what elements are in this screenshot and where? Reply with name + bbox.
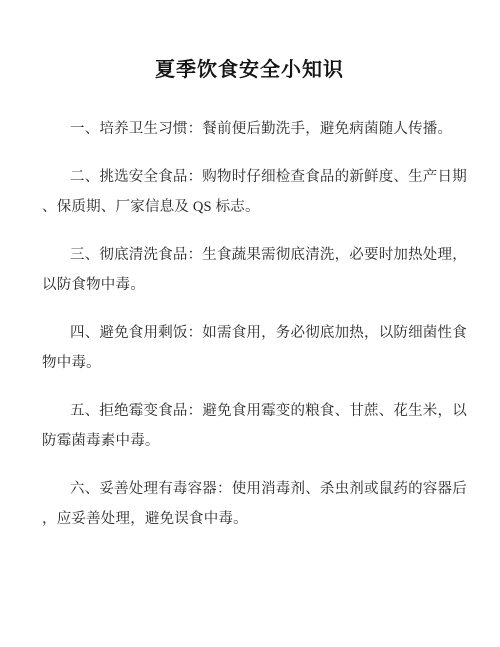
paragraph: 三、彻底清洗食品：生食蔬果需彻底清洗，必要时加热处理，以防食物中毒。	[42, 240, 457, 300]
paragraph-line: 一、培养卫生习惯：餐前便后勤洗手，避免病菌随人传播。	[42, 114, 457, 144]
paragraph: 一、培养卫生习惯：餐前便后勤洗手，避免病菌随人传播。	[42, 114, 457, 144]
paragraph-line: 五、拒绝霉变食品：避免食用霉变的粮食、甘蔗、花生米，以	[42, 396, 457, 426]
paragraph-line: 以防食物中毒。	[42, 270, 457, 300]
paragraph-line: 四、避免食用剩饭：如需食用，务必彻底加热，以防细菌性食	[42, 318, 457, 348]
paragraph-line: ，应妥善处理，避免误食中毒。	[42, 504, 457, 534]
paragraph-line: 三、彻底清洗食品：生食蔬果需彻底清洗，必要时加热处理，	[42, 240, 457, 270]
document-body: 一、培养卫生习惯：餐前便后勤洗手，避免病菌随人传播。二、挑选安全食品：购物时仔细…	[42, 114, 457, 534]
paragraph: 四、避免食用剩饭：如需食用，务必彻底加热，以防细菌性食物中毒。	[42, 318, 457, 378]
paragraph-line: 六、妥善处理有毒容器：使用消毒剂、杀虫剂或鼠药的容器后	[42, 474, 457, 504]
paragraph-line: 物中毒。	[42, 348, 457, 378]
paragraph-line: 、保质期、厂家信息及 QS 标志。	[42, 192, 457, 222]
paragraph: 六、妥善处理有毒容器：使用消毒剂、杀虫剂或鼠药的容器后，应妥善处理，避免误食中毒…	[42, 474, 457, 534]
document-page: 夏季饮食安全小知识 一、培养卫生习惯：餐前便后勤洗手，避免病菌随人传播。二、挑选…	[0, 0, 500, 647]
paragraph: 五、拒绝霉变食品：避免食用霉变的粮食、甘蔗、花生米，以防霉菌毒素中毒。	[42, 396, 457, 456]
paragraph-line: 二、挑选安全食品：购物时仔细检查食品的新鲜度、生产日期	[42, 162, 457, 192]
paragraph: 二、挑选安全食品：购物时仔细检查食品的新鲜度、生产日期、保质期、厂家信息及 QS…	[42, 162, 457, 222]
document-title: 夏季饮食安全小知识	[42, 56, 457, 82]
paragraph-line: 防霉菌毒素中毒。	[42, 426, 457, 456]
